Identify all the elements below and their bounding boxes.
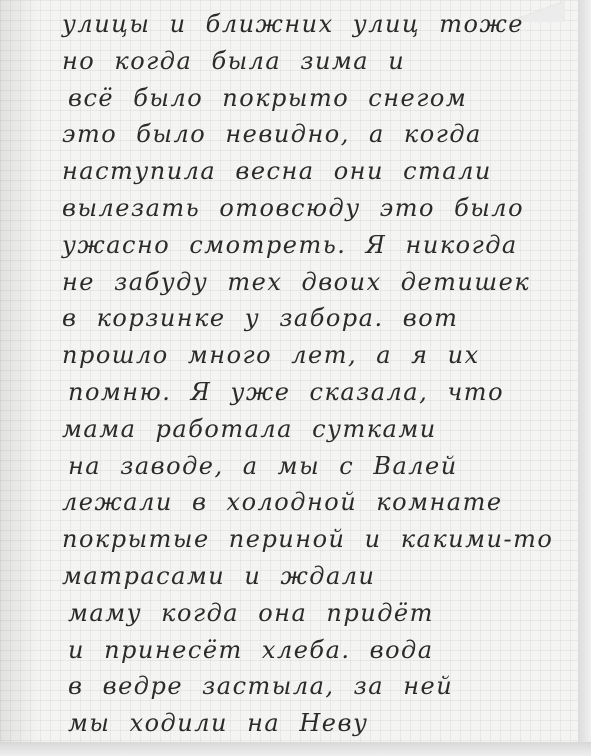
text-line: наступила весна они стали bbox=[62, 153, 572, 190]
text-line: мама работала сутками bbox=[62, 411, 572, 448]
text-line: матрасами и ждали bbox=[62, 558, 572, 595]
text-line: в корзинке у забора. вот bbox=[62, 300, 572, 337]
text-line: прошло много лет, а я их bbox=[62, 337, 572, 374]
text-line: маму когда она придёт bbox=[62, 595, 572, 632]
text-line: в ведре застыла, за ней bbox=[62, 668, 572, 705]
text-line: не забуду тех двоих детишек bbox=[62, 264, 572, 301]
text-line: всё было покрыто снегом bbox=[62, 80, 572, 117]
notebook-page: улицы и ближних улиц тоже но когда была … bbox=[0, 0, 579, 743]
text-line: и принесёт хлеба. вода bbox=[62, 632, 572, 669]
notebook-edge-right bbox=[578, 0, 591, 756]
text-line: помню. Я уже сказала, что bbox=[62, 374, 572, 411]
text-line: мы ходили на Неву bbox=[62, 705, 572, 742]
text-line: но когда была зима и bbox=[62, 43, 572, 80]
text-line: лежали в холодной комнате bbox=[62, 484, 572, 521]
text-line: улицы и ближних улиц тоже bbox=[62, 6, 572, 43]
text-line: это было невидно, а когда bbox=[62, 116, 572, 153]
text-line: на заводе, а мы с Валей bbox=[62, 448, 572, 485]
notebook-edge-bottom bbox=[0, 742, 591, 756]
text-line: вылезать отовсюду это было bbox=[62, 190, 572, 227]
handwritten-text: улицы и ближних улиц тоже но когда была … bbox=[62, 6, 572, 742]
text-line: ужасно смотреть. Я никогда bbox=[62, 227, 572, 264]
text-line: покрытые периной и какими-то bbox=[62, 521, 572, 558]
